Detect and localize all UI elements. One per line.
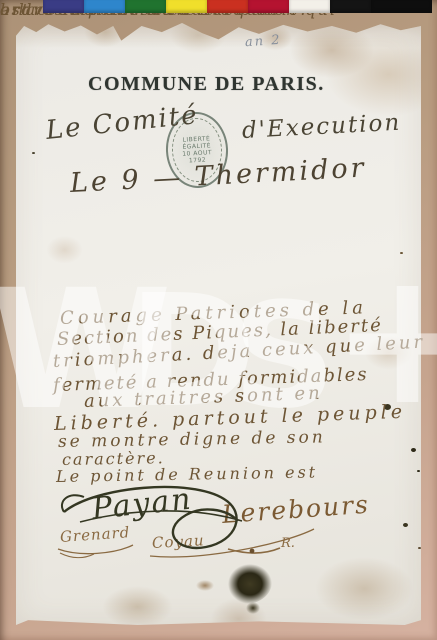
printed-header: COMMUNE DE PARIS. bbox=[88, 73, 325, 96]
calibration-swatch bbox=[84, 0, 125, 13]
signature-coyau: Coyau bbox=[152, 531, 205, 552]
calibration-swatch bbox=[166, 0, 207, 13]
calibration-swatch bbox=[330, 0, 371, 13]
calibration-swatch bbox=[125, 0, 166, 13]
pencil-annotation: an 2 bbox=[245, 33, 282, 51]
calibration-swatch bbox=[371, 0, 432, 13]
color-calibration-bar bbox=[43, 0, 432, 13]
calibration-swatch bbox=[207, 0, 248, 13]
calibration-swatch bbox=[43, 0, 84, 13]
calibration-swatch bbox=[248, 0, 289, 13]
calibration-swatch bbox=[289, 0, 330, 13]
photo-frame: an 2 COMMUNE DE PARIS. LIBERTÉ ÉGALITÉ 1… bbox=[0, 0, 437, 640]
signature-initial: R. bbox=[281, 536, 295, 551]
